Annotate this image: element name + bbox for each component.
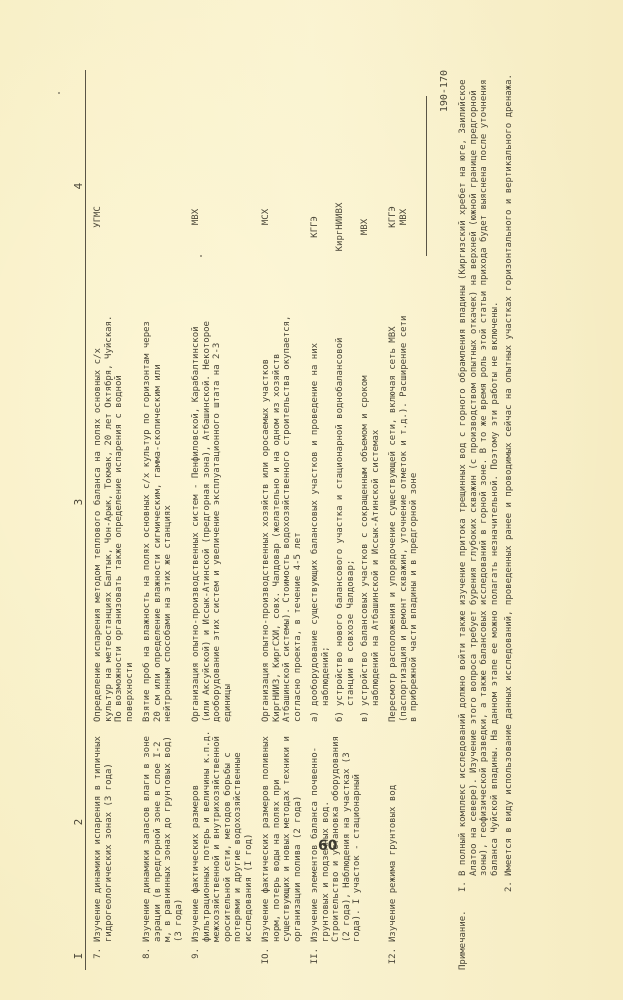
row-task: Изучение динамики запасов влаги в зоне а… <box>142 722 184 942</box>
row-number: 9. <box>191 942 254 970</box>
rotated-sheet: I 2 3 4 7. Изучение динамики испарения в… <box>63 70 623 970</box>
row-organization <box>142 132 184 302</box>
speck <box>58 92 60 94</box>
row-task: Изучение фактических размеров поливных н… <box>261 722 303 942</box>
row-organization: КиргНИИВХ <box>335 142 356 312</box>
row-number: IO. <box>261 942 303 970</box>
header-col-1: I <box>72 942 85 970</box>
table-row: 9. Изучение фактических размеров фильтра… <box>191 70 254 970</box>
note-item: I. В полный комплекс исследований должно… <box>458 70 500 892</box>
row-number: 8. <box>142 942 184 970</box>
subitem-text: устройство балансовых участков с сокраще… <box>360 322 381 706</box>
row-number: 7. <box>93 942 135 970</box>
speck <box>200 255 202 257</box>
note-text: Имеется в виду использование данных иссл… <box>504 74 515 876</box>
note-item: 2. Имеется в виду использование данных и… <box>504 70 515 892</box>
method-subitem: б) устройство нового балансового участка… <box>335 142 356 722</box>
row-number: II. <box>310 942 381 970</box>
subitem-text: устройство нового балансового участка и … <box>335 322 356 706</box>
page-stamp: 190-170 <box>439 70 450 112</box>
row-organization: УГМС <box>93 132 135 302</box>
note-number: 2. <box>504 876 515 892</box>
method-subitem: в) устройство балансовых участков с сокр… <box>360 142 381 722</box>
research-table: I 2 3 4 7. Изучение динамики испарения в… <box>63 70 420 970</box>
page-number: 60 <box>318 838 337 854</box>
divider-line <box>426 96 427 256</box>
notes-section: Примечание. I. В полный комплекс исследо… <box>458 70 519 970</box>
row-task: Изучение элементов баланса почвенно-грун… <box>310 722 381 942</box>
row-method: Организация опытно-производственных хозя… <box>261 302 303 722</box>
header-col-3: 3 <box>72 302 85 702</box>
note-text: В полный комплекс исследований должно во… <box>458 70 500 876</box>
subitem-label: в) <box>360 706 381 722</box>
notes-title: Примечание. <box>458 910 469 970</box>
table-row: 7. Изучение динамики испарения в типичны… <box>93 70 135 970</box>
subitem-text: дооборудование существующих балансовых у… <box>310 322 331 706</box>
row-task: Изучение режима грунтовых вод <box>388 722 420 942</box>
header-col-4: 4 <box>72 70 85 302</box>
subitem-label: а) <box>310 706 331 722</box>
row-organization: МВХ <box>191 132 254 302</box>
table-row: IO. Изучение фактических размеров поливн… <box>261 70 303 970</box>
row-task: Изучение динамики испарения в типичных г… <box>93 722 135 942</box>
row-method: Организация опытно-производственных сист… <box>191 302 254 722</box>
row-method: Пересмотр расположения и упорядочение су… <box>388 302 420 722</box>
header-col-2: 2 <box>72 702 85 942</box>
row-number: I2. <box>388 942 420 970</box>
table-row: II. Изучение элементов баланса почвенно-… <box>310 70 381 970</box>
row-organization: КГГЭ МВХ <box>388 132 420 302</box>
note-number: I. <box>458 876 500 892</box>
row-task: Изучение фактических размеров фильтрацио… <box>191 722 254 942</box>
table-row: 8. Изучение динамики запасов влаги в зон… <box>142 70 184 970</box>
table-row: I2. Изучение режима грунтовых вод Пересм… <box>388 70 420 970</box>
method-subitem: а) дооборудование существующих балансовы… <box>310 142 331 722</box>
row-method: Взятие проб на влажность на полях основн… <box>142 302 184 722</box>
subitem-label: б) <box>335 706 356 722</box>
row-organization: МСХ <box>261 132 303 302</box>
row-method: Определение испарения методом теплового … <box>93 302 135 722</box>
table-header: I 2 3 4 <box>63 70 86 970</box>
row-organization: КГГЭ <box>310 142 331 312</box>
row-organization: МВХ <box>360 142 381 312</box>
